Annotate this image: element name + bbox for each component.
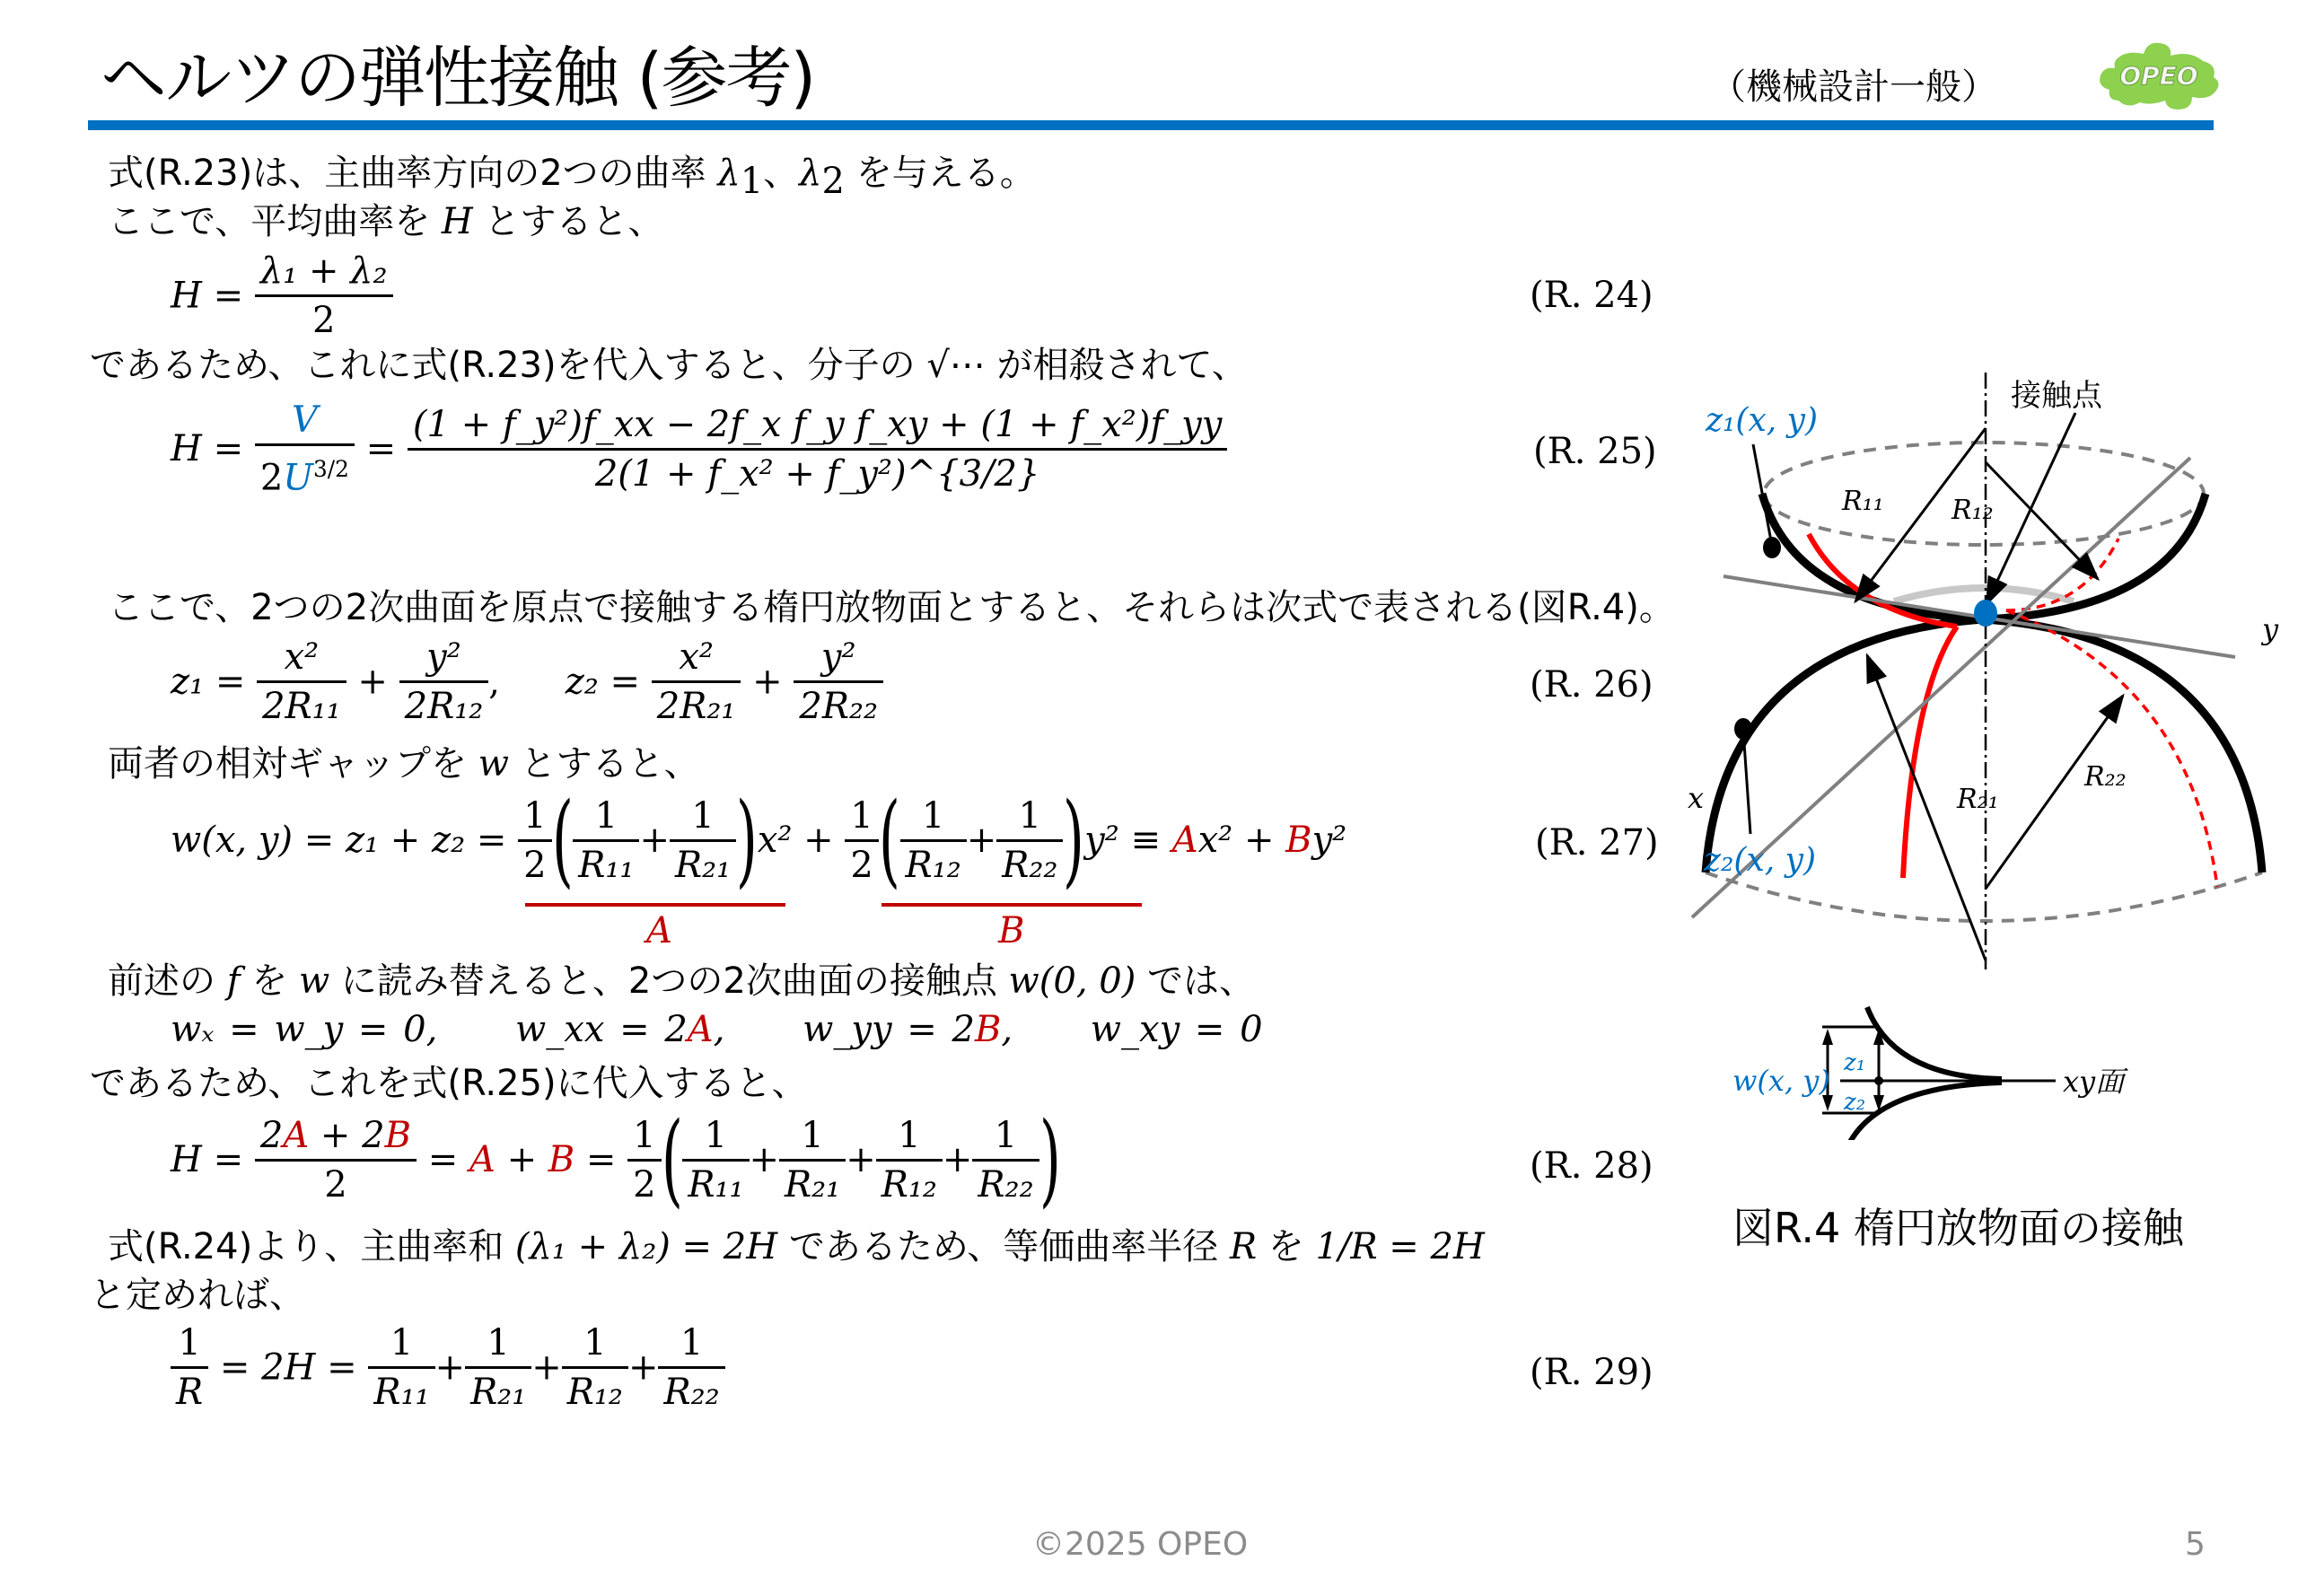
opeo-logo: OPEO [2092, 38, 2226, 118]
paraboloid-diagram: 接触点 z₁(x, y) z₂(x, y) R₁₁ R₁₂ R₂₁ R₂₂ y … [1688, 341, 2298, 987]
underline-A [525, 903, 785, 907]
equation-r25: H = V 2U3/2 = (1 + f_y²)f_xx − 2f_x f_y … [171, 397, 1227, 501]
label-A: A [646, 910, 672, 951]
svg-text:OPEO: OPEO [2119, 61, 2197, 91]
equation-label-r28: (R. 28) [1530, 1145, 1653, 1187]
text-line-5: 両者の相対ギャップを w とすると、 [108, 741, 700, 786]
equation-r29: 1R = 2H = 1R₁₁+1R₂₁+1R₁₂+1R₂₂ [171, 1320, 725, 1416]
z1-marker [1763, 537, 1781, 558]
upper-surface-profile [1867, 1007, 2002, 1079]
paraboloid-contact-figure: 接触点 z₁(x, y) z₂(x, y) R₁₁ R₁₂ R₂₁ R₂₂ y … [1688, 341, 2298, 987]
derivative-values: wₓ = w_y = 0, w_xx = 2A, w_yy = 2B, w_xy… [171, 1009, 1263, 1050]
figure-caption: 図R.4 楕円放物面の接触 [1732, 1196, 2184, 1255]
puzzle-logo-icon: OPEO [2092, 38, 2226, 118]
R11-label: R₁₁ [1841, 486, 1884, 517]
equation-label-r27: (R. 27) [1535, 822, 1659, 864]
text-line-8: 式(R.24)より、主曲率和 (λ₁ + λ₂) = 2H であるため、等価曲率… [108, 1224, 1485, 1269]
lower-rim-ellipse [1706, 873, 2262, 921]
contact-point-label: 接触点 [2011, 378, 2103, 414]
equation-label-r25: (R. 25) [1533, 431, 1657, 472]
upper-rim-ellipse [1764, 443, 2204, 545]
text-line-1: 式(R.23)は、主曲率方向の2つの曲率 λ1、λ2 を与える。 [108, 151, 1036, 204]
text-line-6: 前述の f を w に読み替えると、2つの2次曲面の接触点 w(0, 0) では… [108, 959, 1255, 1004]
inset-z2-label: z₂ [1843, 1089, 1865, 1116]
equation-label-r24: (R. 24) [1530, 275, 1653, 316]
inset-z1-label: z₁ [1843, 1049, 1865, 1076]
text-line-7: であるため、これを式(R.25)に代入すると、 [90, 1061, 808, 1106]
text-line-2: ここで、平均曲率を H とすると、 [108, 199, 664, 244]
R22-label: R₂₂ [2083, 761, 2127, 793]
equation-r27: w(x, y) = z₁ + z₂ = 12(1R₁₁+1R₂₁)x² + 12… [171, 790, 1346, 890]
section-curve-R21 [1903, 627, 1957, 878]
contact-point-marker [1974, 600, 1997, 627]
z2-marker [1734, 718, 1752, 740]
label-B: B [998, 910, 1024, 951]
w-label: w(x, y) [1732, 1064, 1830, 1098]
R12-label: R₁₂ [1951, 495, 1994, 526]
R21-label: R₂₁ [1956, 784, 1999, 815]
underline-B [881, 903, 1142, 907]
y-axis-label: y [2260, 612, 2279, 646]
subject-label: （機械設計一般） [1710, 65, 1997, 110]
text-line-9: と定めれば、 [90, 1273, 305, 1318]
equation-r28: H = 2A + 2B2 = A + B = 12(1R₁₁+1R₂₁+1R₁₂… [171, 1109, 1060, 1210]
page-title: ヘルツの弾性接触 (参考) [101, 38, 814, 118]
R12-arrow [1986, 462, 2098, 579]
x-axis-label: x [1688, 781, 1704, 815]
z1-label: z₁(x, y) [1705, 402, 1818, 439]
copyright: ©2025 OPEO [1032, 1526, 1248, 1563]
header-rule [88, 120, 2214, 130]
equation-r26: z₁ = x²2R₁₁ + y²2R₁₂, z₂ = x²2R₂₁ + y²2R… [171, 634, 883, 730]
gap-inset-figure: w(x, y) z₁ z₂ xy面 [1732, 996, 2271, 1140]
equation-label-r29: (R. 29) [1530, 1352, 1653, 1393]
text-line-3: であるため、これに式(R.23)を代入すると、分子の √⋯ が相殺されて、 [90, 343, 1248, 388]
lower-paraboloid-z2 [1706, 619, 2262, 873]
equation-label-r26: (R. 26) [1530, 664, 1653, 706]
section-curve-R22 [2006, 610, 2217, 887]
z2-label: z₂(x, y) [1703, 842, 1816, 879]
page-number: 5 [2185, 1526, 2206, 1563]
equation-r24: H = λ₁ + λ₂2 [171, 248, 393, 344]
gap-diagram: w(x, y) z₁ z₂ xy面 [1732, 996, 2271, 1140]
text-line-4: ここで、2つの2次曲面を原点で接触する楕円放物面とすると、それらは次式で表される… [108, 585, 1675, 630]
xy-plane-label: xy面 [2063, 1065, 2128, 1099]
